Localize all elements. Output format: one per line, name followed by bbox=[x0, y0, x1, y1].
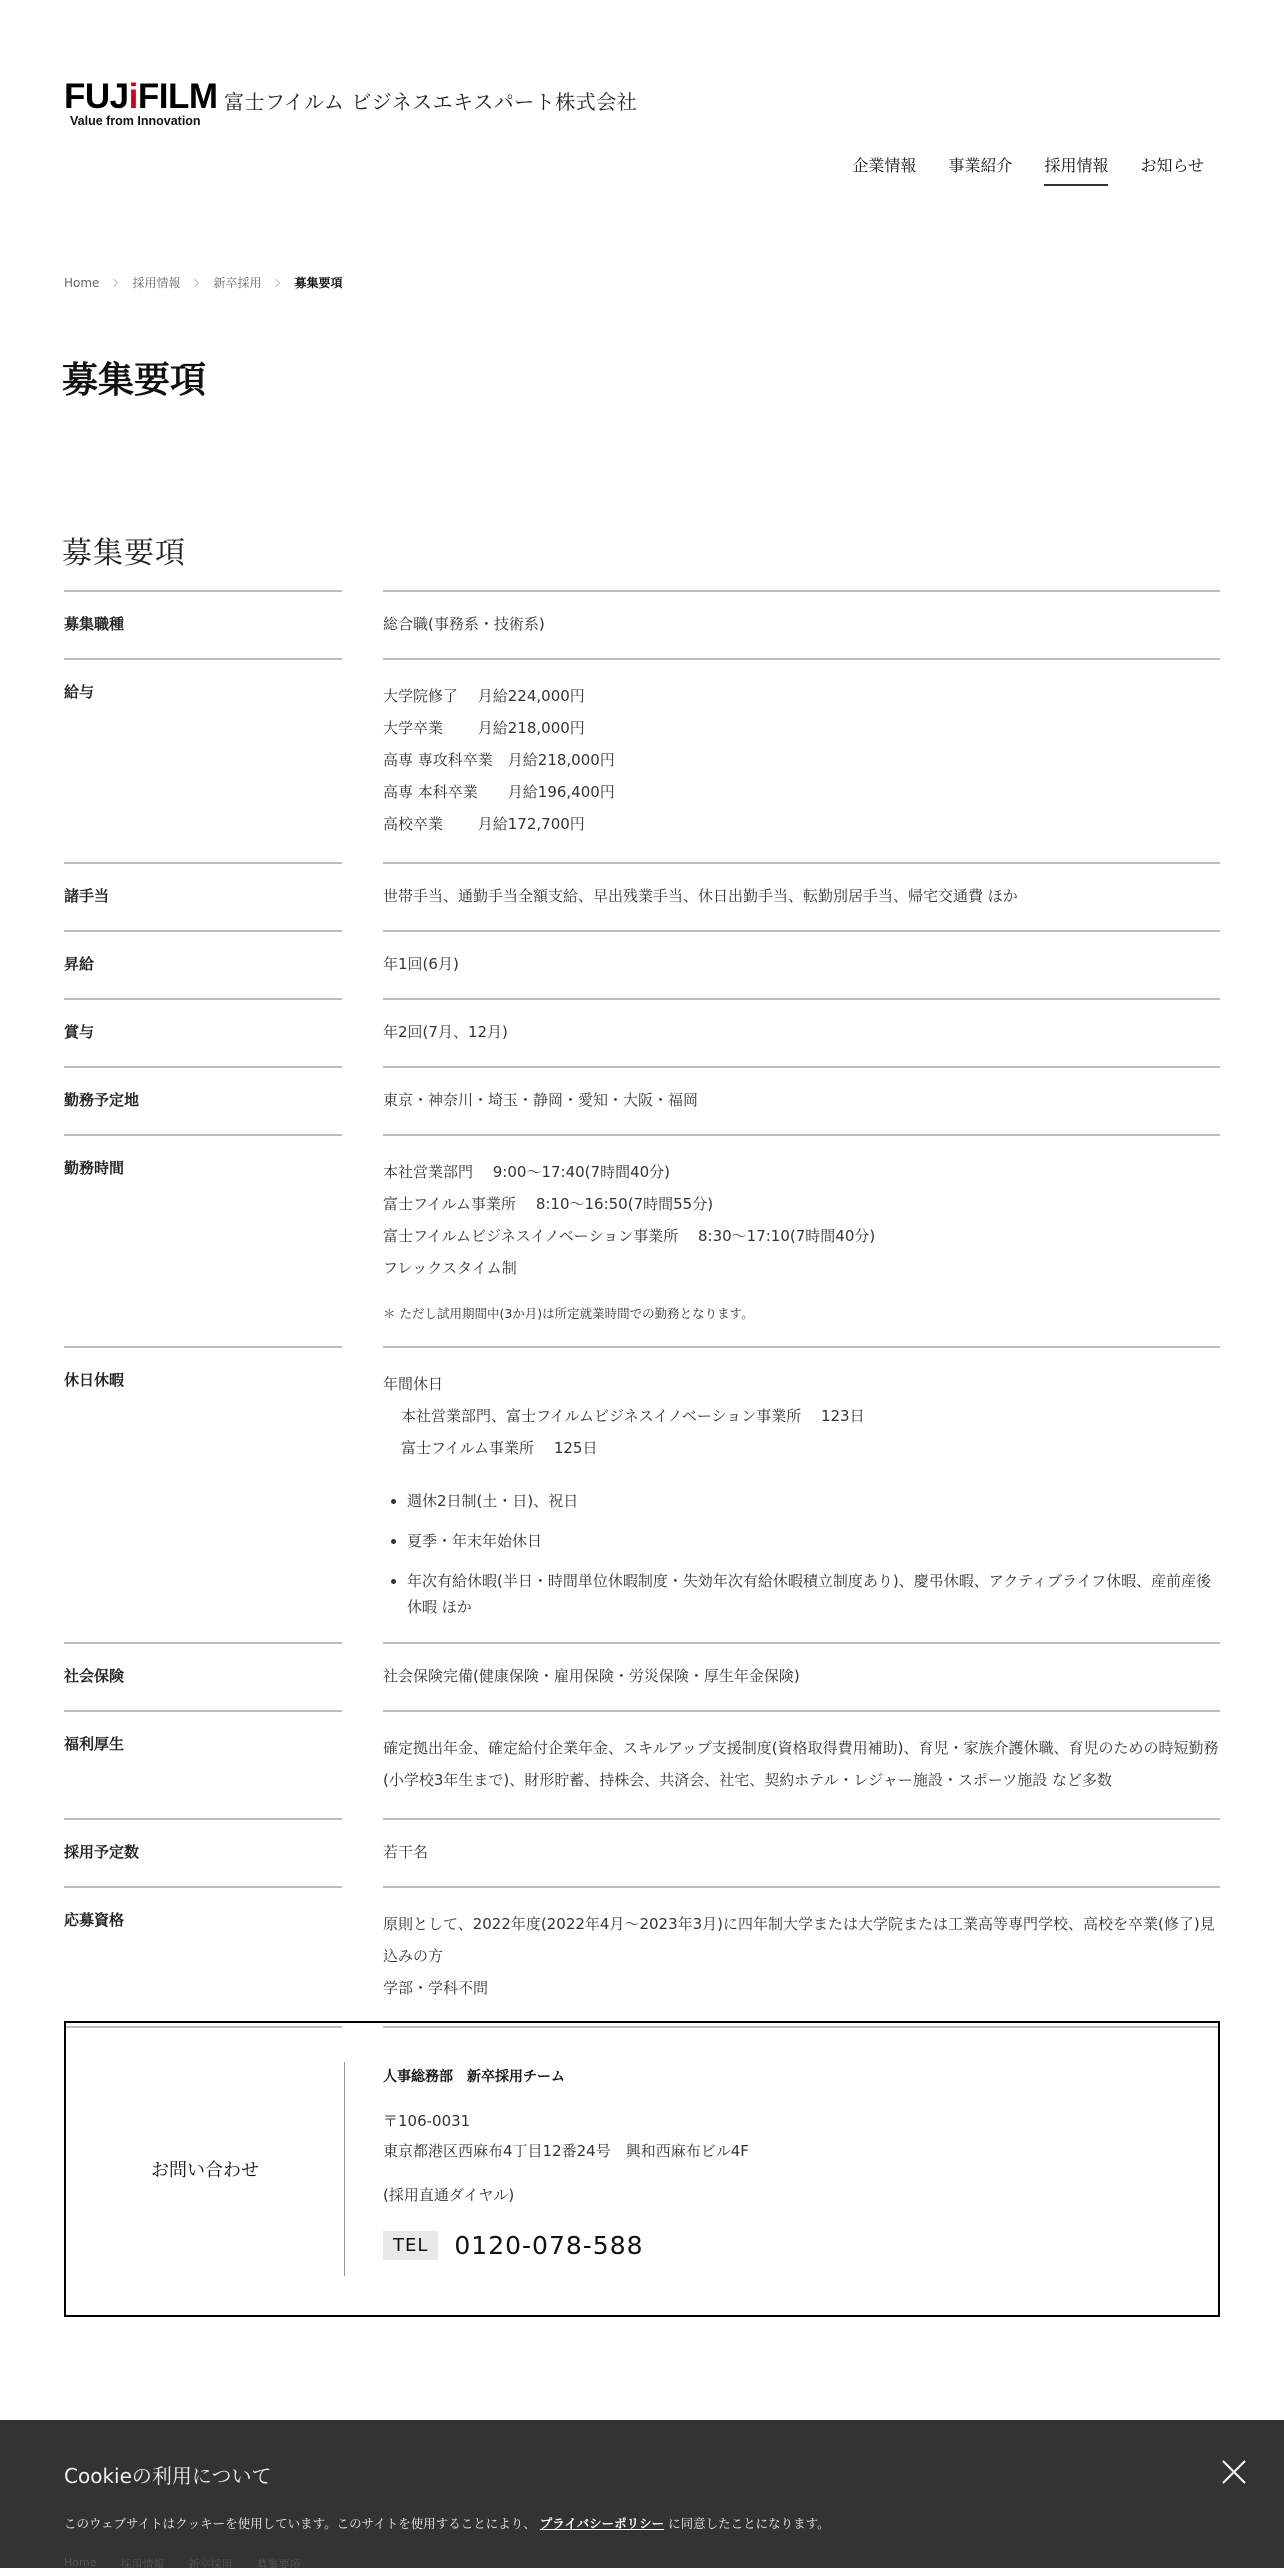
contact-box: お問い合わせ 人事総務部 新卒採用チーム 〒106-0031 東京都港区西麻布4… bbox=[64, 2021, 1220, 2317]
row-value: 総合職(事務系・技術系) bbox=[383, 590, 1220, 658]
nav-item-company-info[interactable]: 企業情報 bbox=[852, 153, 916, 186]
global-nav: 企業情報 事業紹介 採用情報 お知らせ bbox=[852, 153, 1204, 186]
table-row: 募集職種 総合職(事務系・技術系) bbox=[64, 590, 1220, 658]
site-header: FUJiFILM Value from Innovation 富士フイルム ビジ… bbox=[0, 0, 1284, 220]
row-value: 社会保険完備(健康保険・雇用保険・労災保険・厚生年金保険) bbox=[383, 1642, 1220, 1710]
row-label: 休日休暇 bbox=[64, 1346, 342, 1642]
table-row: 賞与 年2回(7月、12月) bbox=[64, 998, 1220, 1066]
chevron-right-icon bbox=[110, 278, 118, 286]
table-row: 社会保険 社会保険完備(健康保険・雇用保険・労災保険・厚生年金保険) bbox=[64, 1642, 1220, 1710]
row-value: 東京・神奈川・埼玉・静岡・愛知・大阪・福岡 bbox=[383, 1066, 1220, 1134]
row-label: 社会保険 bbox=[64, 1642, 342, 1710]
contact-team: 人事総務部 新卒採用チーム bbox=[383, 2066, 749, 2086]
row-label: 勤務時間 bbox=[64, 1134, 342, 1346]
breadcrumb-new-grad[interactable]: 新卒採用 bbox=[213, 274, 261, 291]
row-value: 年間休日 本社営業部門、富士フイルムビジネスイノベーション事業所 123日 富士… bbox=[383, 1346, 1220, 1642]
dial-label: (採用直通ダイヤル) bbox=[383, 2184, 749, 2205]
row-label: 給与 bbox=[64, 658, 342, 862]
breadcrumb: Home 採用情報 新卒採用 募集要項 bbox=[64, 274, 342, 291]
breadcrumb-recruit[interactable]: 採用情報 bbox=[132, 274, 180, 291]
row-value: 原則として、2022年度(2022年4月〜2023年3月)に四年制大学または大学… bbox=[383, 1886, 1220, 2026]
table-row: 給与 大学院修了 月給224,000円 大学卒業 月給218,000円 高専 専… bbox=[64, 658, 1220, 862]
row-value: 年1回(6月) bbox=[383, 930, 1220, 998]
row-label: 賞与 bbox=[64, 998, 342, 1066]
breadcrumb-home[interactable]: Home bbox=[64, 276, 99, 290]
requirements-table: 募集職種 総合職(事務系・技術系) 給与 大学院修了 月給224,000円 大学… bbox=[64, 590, 1220, 2028]
close-icon[interactable] bbox=[1220, 2458, 1248, 2486]
contact-details: 人事総務部 新卒採用チーム 〒106-0031 東京都港区西麻布4丁目12番24… bbox=[344, 2062, 749, 2276]
table-row: 勤務予定地 東京・神奈川・埼玉・静岡・愛知・大阪・福岡 bbox=[64, 1066, 1220, 1134]
row-value: 若干名 bbox=[383, 1818, 1220, 1886]
fujifilm-logo[interactable]: FUJiFILM Value from Innovation bbox=[64, 80, 206, 128]
phone-number-link[interactable]: 0120-078-588 bbox=[454, 2231, 643, 2260]
nav-item-recruit[interactable]: 採用情報 bbox=[1044, 153, 1108, 186]
list-item: 夏季・年末年始休日 bbox=[407, 1528, 1220, 1554]
row-label: 募集職種 bbox=[64, 590, 342, 658]
logo-tagline: Value from Innovation bbox=[70, 114, 206, 128]
table-row: 勤務時間 本社営業部門 9:00〜17:40(7時間40分) 富士フイルム事業所… bbox=[64, 1134, 1220, 1346]
page-title: 募集要項 bbox=[62, 352, 206, 403]
row-label: 勤務予定地 bbox=[64, 1066, 342, 1134]
footnote: ＊ ただし試用期間中(3か月)は所定就業時間での勤務となります。 bbox=[383, 1304, 1220, 1324]
obscured-breadcrumb: Home 採用情報 新卒採用 募集要項 bbox=[64, 2556, 300, 2568]
row-value: 確定拠出年金、確定給付企業年金、スキルアップ支援制度(資格取得費用補助)、育児・… bbox=[383, 1710, 1220, 1818]
row-value: 大学院修了 月給224,000円 大学卒業 月給218,000円 高専 専攻科卒… bbox=[383, 658, 1220, 862]
breadcrumb-current: 募集要項 bbox=[294, 274, 342, 291]
nav-item-business[interactable]: 事業紹介 bbox=[948, 153, 1012, 186]
address: 東京都港区西麻布4丁目12番24号 興和西麻布ビル4F bbox=[383, 2136, 749, 2166]
row-label: 福利厚生 bbox=[64, 1710, 342, 1818]
list-item: 年次有給休暇(半日・時間単位休暇制度・失効年次有給休暇積立制度あり)、慶弔休暇、… bbox=[407, 1568, 1220, 1620]
cookie-title: Cookieの利用について bbox=[64, 2460, 271, 2489]
table-row: 昇給 年1回(6月) bbox=[64, 930, 1220, 998]
contact-label: お問い合わせ bbox=[66, 2156, 344, 2182]
table-row: 諸手当 世帯手当、通勤手当全額支給、早出残業手当、休日出勤手当、転勤別居手当、帰… bbox=[64, 862, 1220, 930]
cookie-message: このウェブサイトはクッキーを使用しています。このサイトを使用することにより、プラ… bbox=[64, 2514, 830, 2532]
chevron-right-icon bbox=[191, 278, 199, 286]
row-label: 応募資格 bbox=[64, 1886, 342, 2026]
privacy-policy-link[interactable]: プライバシーポリシー bbox=[540, 2516, 664, 2531]
section-title: 募集要項 bbox=[62, 528, 186, 572]
table-row: 福利厚生 確定拠出年金、確定給付企業年金、スキルアップ支援制度(資格取得費用補助… bbox=[64, 1710, 1220, 1818]
table-row: 採用予定数 若干名 bbox=[64, 1818, 1220, 1886]
chevron-right-icon bbox=[272, 278, 280, 286]
row-value: 本社営業部門 9:00〜17:40(7時間40分) 富士フイルム事業所 8:10… bbox=[383, 1134, 1220, 1346]
row-label: 昇給 bbox=[64, 930, 342, 998]
nav-item-news[interactable]: お知らせ bbox=[1140, 153, 1204, 186]
row-label: 諸手当 bbox=[64, 862, 342, 930]
company-name[interactable]: 富士フイルム ビジネスエキスパート株式会社 bbox=[224, 86, 637, 115]
postal-code: 〒106-0031 bbox=[383, 2106, 749, 2136]
cookie-banner: Cookieの利用について このウェブサイトはクッキーを使用しています。このサイ… bbox=[0, 2420, 1284, 2568]
row-value: 世帯手当、通勤手当全額支給、早出残業手当、休日出勤手当、転勤別居手当、帰宅交通費… bbox=[383, 862, 1220, 930]
row-value: 年2回(7月、12月) bbox=[383, 998, 1220, 1066]
row-label: 採用予定数 bbox=[64, 1818, 342, 1886]
holiday-list: 週休2日制(土・日)、祝日 夏季・年末年始休日 年次有給休暇(半日・時間単位休暇… bbox=[383, 1488, 1220, 1620]
tel-badge: TEL bbox=[383, 2231, 438, 2260]
phone: TEL 0120-078-588 bbox=[383, 2231, 749, 2260]
table-row: 応募資格 原則として、2022年度(2022年4月〜2023年3月)に四年制大学… bbox=[64, 1886, 1220, 2026]
list-item: 週休2日制(土・日)、祝日 bbox=[407, 1488, 1220, 1514]
table-row: 休日休暇 年間休日 本社営業部門、富士フイルムビジネスイノベーション事業所 12… bbox=[64, 1346, 1220, 1642]
